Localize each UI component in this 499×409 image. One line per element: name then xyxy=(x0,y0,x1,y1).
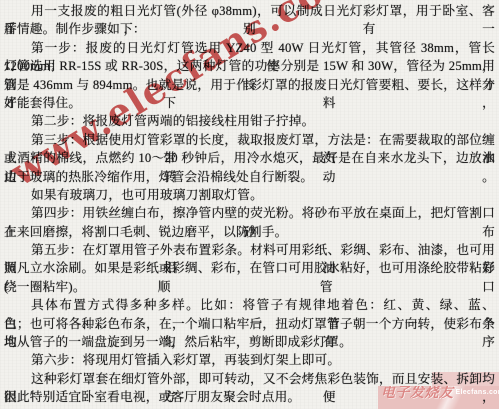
text-line: 调凡立水涂刷。如果是彩纸或彩绸、彩布，在管口可用胶水粘好，也可用涤纶胶带粘好(顺… xyxy=(4,259,495,277)
text-line: 灯管选用 RR-15S 或 RR-30S，这两种灯管的功率分别是 15W 和 3… xyxy=(4,57,495,75)
text-line: 这种彩灯罩套在细灯管外部，即可转动，又不会烤焦彩色装饰，而且安装、拆卸均很方便， xyxy=(4,370,495,388)
text-line: 具体布置方式得多种多样。比如：将管子有规律地着色：红、黄、绿、蓝、白……，一节一… xyxy=(4,296,495,314)
document-page: 用一支报废的粗日光灯管(外径 φ38mm)，可以制成日光灯彩灯罩，用于卧室、客厅… xyxy=(0,0,499,409)
text-line: 第二步：将报废灯管两端的铝接线柱用钳子拧掉。 xyxy=(4,112,495,130)
text-line: 第三步：根据使用灯管彩罩的长度，裁取报废灯罩，方法是：在需要裁取的部位缠上带汽油 xyxy=(4,131,495,149)
text-line: 第六步：将现用灯管插入彩灯罩，再装到灯架上即可。 xyxy=(4,351,495,369)
text-line: 第一步：报废的日光灯灯管选用 YZ40 型 40W 日光灯管，其管径 38mm，… xyxy=(4,39,495,57)
text-line: 用一支报废的粗日光灯管(外径 φ38mm)，可以制成日光灯彩灯罩，用于卧室、客厅… xyxy=(4,2,495,20)
text-line: 第四步：用铁丝缠白布，擦净管内壁的荧光粉。将砂布平放在桌面上，把灯管割口在砂布 xyxy=(4,204,495,222)
text-line: 如果有玻璃刀，也可用玻璃刀割取灯管。 xyxy=(4,186,495,204)
text-line: 色；也可将各种彩色布条，在一个端口粘牢后，扭动灯罩管子朝一个方向转，使彩布条均匀… xyxy=(4,315,495,333)
text-line: 第五步：在灯罩用管子外表布置彩条。材料可用彩纸、彩绸、彩布、油漆，也可用照相油彩 xyxy=(4,241,495,259)
text-line: 或酒精的棉线，点燃约 10～20 秒钟后，用冷水熄灭，最好是在自来水龙头下，边放… xyxy=(4,149,495,167)
text-line: 别是 436mm 与 894mm。也就是说，用于作彩灯罩的报废日光灯管要粗、要长… xyxy=(4,76,495,94)
